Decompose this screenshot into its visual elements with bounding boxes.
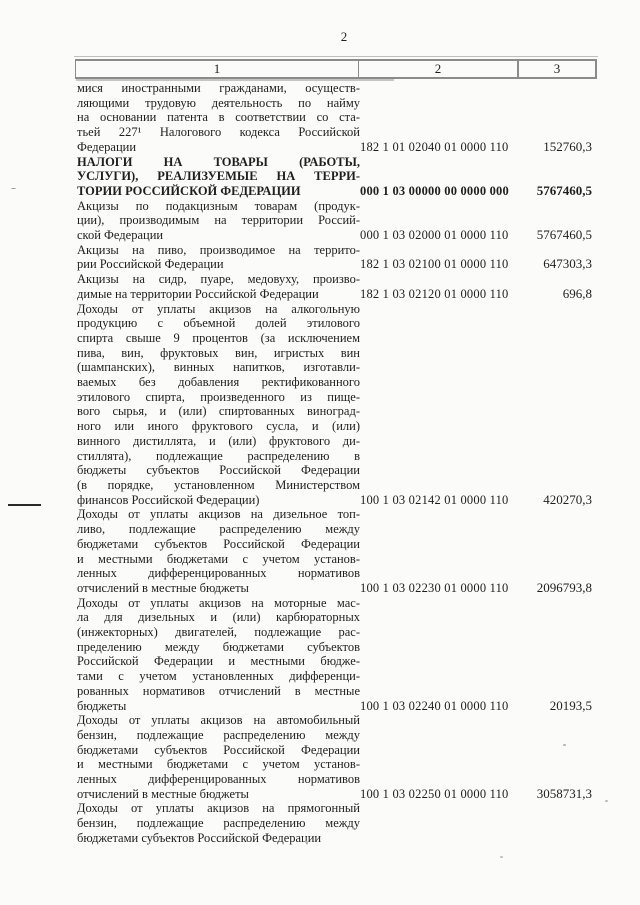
desc-line: пива, вин, фруктовых вин, игристых вин [77, 346, 360, 361]
amount-value: 152760,3 [510, 140, 592, 155]
table-row: Акцизы на сидр, пуаре, медовуху, произво… [77, 272, 592, 301]
desc-line: бензин, подлежащие распределению между [77, 816, 360, 831]
row-description: Доходы от уплаты акцизов на алкогольнуюп… [77, 302, 360, 508]
desc-line: и местными бюджетами с учетом установ- [77, 757, 360, 772]
row-description: мися иностранными гражданами, осуществ-л… [77, 81, 360, 155]
desc-line: Доходы от уплаты акцизов на моторные мас… [77, 596, 360, 611]
row-description: Акцизы по подакцизным товарам (продук-ци… [77, 199, 360, 243]
column-header-1: 1 [76, 61, 359, 77]
row-description: Доходы от уплаты акцизов на моторные мас… [77, 596, 360, 714]
budget-code: 182 1 03 02120 01 0000 110 [360, 287, 510, 302]
budget-code: 000 1 03 02000 01 0000 110 [360, 228, 510, 243]
desc-line: ленных дифференцированных нормативов [77, 772, 360, 787]
desc-line: бюджетами субъектов Российской Федерации [77, 743, 360, 758]
desc-line: финансов Российской Федерации) [77, 493, 360, 508]
budget-code: 100 1 03 02142 01 0000 110 [360, 493, 510, 508]
row-description: Акцизы на сидр, пуаре, медовуху, произво… [77, 272, 360, 301]
document-page: 2 1 2 3 мися иностранными гражданами, ос… [0, 0, 640, 905]
scan-speck [563, 744, 566, 746]
desc-line: продукцию с объемной долей этилового [77, 316, 360, 331]
desc-line: димые на территории Российской Федерации [77, 287, 360, 302]
amount-value: 3058731,3 [510, 787, 592, 802]
desc-line: Акцизы на пиво, производимое на террито- [77, 243, 360, 258]
budget-code: 100 1 03 02230 01 0000 110 [360, 581, 510, 596]
desc-line: ленных дифференцированных нормативов [77, 566, 360, 581]
desc-line: отчислений в местные бюджеты [77, 581, 360, 596]
desc-line: бюджетами субъектов Российской Федерации [77, 537, 360, 552]
column-header-2: 2 [359, 61, 519, 77]
column-header-3: 3 [519, 61, 595, 77]
desc-line: ла для дизельных и (или) карбюраторных [77, 610, 360, 625]
desc-line: пределению между бюджетами субъектов [77, 640, 360, 655]
desc-line: УСЛУГИ), РЕАЛИЗУЕМЫЕ НА ТЕРРИ- [77, 169, 360, 184]
desc-line: ливо, подлежащие распределению между [77, 522, 360, 537]
desc-line: ляющими трудовую деятельность по найму [77, 96, 360, 111]
table-row: Доходы от уплаты акцизов на автомобильны… [77, 713, 592, 801]
budget-code: 000 1 03 00000 00 0000 000 [360, 184, 510, 199]
amount-value: 2096793,8 [510, 581, 592, 596]
desc-line: ции), производимым на территории Россий- [77, 213, 360, 228]
desc-line: (в порядке, установленном Министерством [77, 478, 360, 493]
budget-code: 100 1 03 02240 01 0000 110 [360, 699, 510, 714]
scan-speck [605, 800, 608, 802]
desc-line: рии Российской Федерации [77, 257, 360, 272]
desc-line: мися иностранными гражданами, осуществ- [77, 81, 360, 96]
amount-value: 5767460,5 [510, 184, 592, 199]
table-row: НАЛОГИ НА ТОВАРЫ (РАБОТЫ,УСЛУГИ), РЕАЛИЗ… [77, 155, 592, 199]
budget-code: 182 1 03 02100 01 0000 110 [360, 257, 510, 272]
budget-code: 182 1 01 02040 01 0000 110 [360, 140, 510, 155]
budget-code: 100 1 03 02250 01 0000 110 [360, 787, 510, 802]
page-number: 2 [336, 29, 352, 45]
amount-value: 696,8 [510, 287, 592, 302]
row-description: Доходы от уплаты акцизов на дизельное то… [77, 507, 360, 595]
desc-line: ного или иного фруктового сусла, и (или) [77, 419, 360, 434]
desc-line: бюджеты субъектов Российской Федерации [77, 463, 360, 478]
desc-line: бензин, подлежащие распределению между [77, 728, 360, 743]
desc-line: (инжекторных) двигателей, подлежащие рас… [77, 625, 360, 640]
desc-line: Доходы от уплаты акцизов на прямогонный [77, 801, 360, 816]
scan-speck [305, 841, 308, 843]
row-description: Доходы от уплаты акцизов на прямогонныйб… [77, 801, 360, 845]
desc-line: (шампанских), винных напитков, изготавли… [77, 360, 360, 375]
desc-line: Доходы от уплаты акцизов на алкогольную [77, 302, 360, 317]
desc-line: винного дистиллята, и (или) фруктового д… [77, 434, 360, 449]
table-row: мися иностранными гражданами, осуществ-л… [77, 81, 592, 155]
amount-value: 420270,3 [510, 493, 592, 508]
desc-line: тьей 227¹ Налогового кодекса Российской [77, 125, 360, 140]
desc-line: этилового спирта, произведенного из пище… [77, 390, 360, 405]
amount-value: 5767460,5 [510, 228, 592, 243]
margin-mark [8, 504, 41, 506]
table-row: Акцизы по подакцизным товарам (продук-ци… [77, 199, 592, 243]
table-row: Акцизы на пиво, производимое на террито-… [77, 243, 592, 272]
amount-value: 20193,5 [510, 699, 592, 714]
table-row: Доходы от уплаты акцизов на дизельное то… [77, 507, 592, 595]
desc-line: тами с учетом установленных дифференци- [77, 669, 360, 684]
table-body: мися иностранными гражданами, осуществ-л… [77, 81, 592, 846]
desc-line: ТОРИИ РОССИЙСКОЙ ФЕДЕРАЦИИ [77, 184, 360, 199]
table-header-row: 1 2 3 [75, 59, 597, 79]
desc-line: Федерации [77, 140, 360, 155]
scan-speck [11, 188, 16, 189]
table-row: Доходы от уплаты акцизов на моторные мас… [77, 596, 592, 714]
amount-value: 647303,3 [510, 257, 592, 272]
row-description: Акцизы на пиво, производимое на террито-… [77, 243, 360, 272]
desc-line: вого сырья, и (или) спиртованных виногра… [77, 404, 360, 419]
desc-line: бюджеты [77, 699, 360, 714]
table-row: Доходы от уплаты акцизов на прямогонныйб… [77, 801, 592, 845]
desc-line: рованных нормативов отчислений в местные [77, 684, 360, 699]
desc-line: стиллята), подлежащие распределению в [77, 449, 360, 464]
desc-line: ской Федерации [77, 228, 360, 243]
desc-line: на основании патента в соответствии со с… [77, 110, 360, 125]
desc-line: Российской Федерации и местными бюдже- [77, 654, 360, 669]
desc-line: Акцизы на сидр, пуаре, медовуху, произво… [77, 272, 360, 287]
desc-line: Доходы от уплаты акцизов на дизельное то… [77, 507, 360, 522]
desc-line: и местными бюджетами с учетом установ- [77, 552, 360, 567]
row-description: НАЛОГИ НА ТОВАРЫ (РАБОТЫ,УСЛУГИ), РЕАЛИЗ… [77, 155, 360, 199]
scan-speck [500, 856, 503, 858]
table-row: Доходы от уплаты акцизов на алкогольнуюп… [77, 302, 592, 508]
desc-line: НАЛОГИ НА ТОВАРЫ (РАБОТЫ, [77, 155, 360, 170]
desc-line: Акцизы по подакцизным товарам (продук- [77, 199, 360, 214]
desc-line: спирта свыше 9 процентов (за исключением [77, 331, 360, 346]
desc-line: Доходы от уплаты акцизов на автомобильны… [77, 713, 360, 728]
desc-line: бюджетами субъектов Российской Федерации [77, 831, 360, 846]
desc-line: ваемых без добавления ректификованного [77, 375, 360, 390]
row-description: Доходы от уплаты акцизов на автомобильны… [77, 713, 360, 801]
desc-line: отчислений в местные бюджеты [77, 787, 360, 802]
